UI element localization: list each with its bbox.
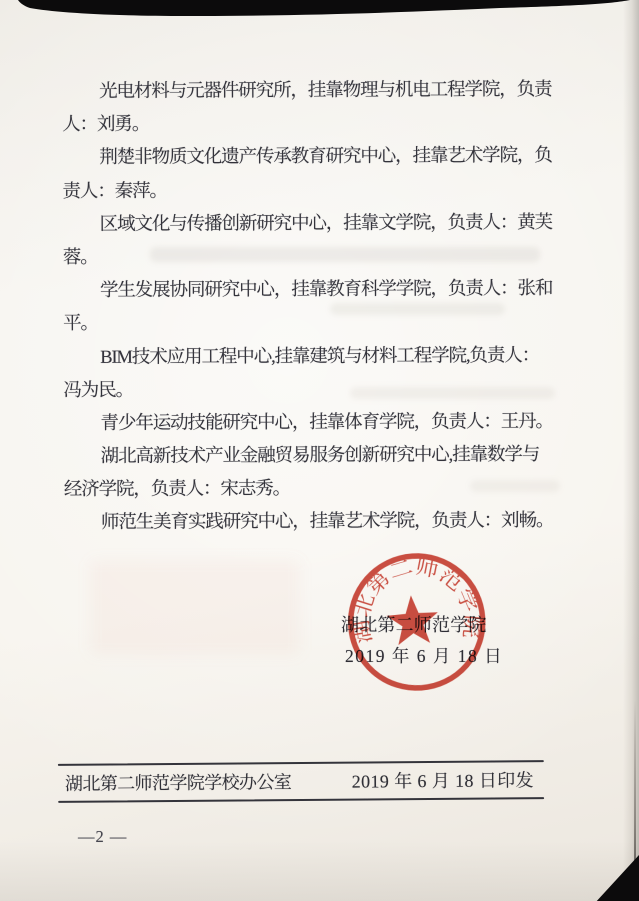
body-line: 荆楚非物质文化遗产传承教育研究中心，挂靠艺术学院，负: [62, 140, 554, 175]
footer-print-date: 2019 年 6 月 18 日印发: [352, 766, 535, 793]
official-seal: 湖北第二师范学院: [335, 544, 499, 708]
body-line: 湖北高新技术产业金融贸易服务创新研究中心,挂靠数学与: [64, 439, 556, 474]
body-line: 蓉。: [63, 240, 555, 275]
document-footer: 湖北第二师范学院学校办公室 2019 年 6 月 18 日印发: [58, 760, 544, 803]
photo-background-top: [0, 0, 639, 22]
page-edge-shadow: [623, 0, 639, 901]
body-line: 冯为民。: [63, 373, 555, 408]
body-line: 人：刘勇。: [62, 107, 554, 142]
body-line: 学生发展协同研究中心，挂靠教育科学学院，负责人：张和: [63, 273, 555, 308]
bottom-shadow: [0, 841, 639, 901]
body-line: 经济学院，负责人：宋志秀。: [64, 472, 556, 507]
footer-office: 湖北第二师范学院学校办公室: [65, 768, 291, 796]
body-line: BIM技术应用工程中心,挂靠建筑与材料工程学院,负责人：: [63, 339, 555, 374]
body-line: 区域文化与传播创新研究中心，挂靠文学院，负责人：黄芙: [63, 207, 555, 242]
body-line: 光电材料与元器件研究所，挂靠物理与机电工程学院，负责: [62, 74, 554, 109]
body-text: 光电材料与元器件研究所，挂靠物理与机电工程学院，负责人：刘勇。荆楚非物质文化遗产…: [62, 74, 556, 541]
seal-star-icon: [385, 594, 440, 646]
body-line: 师范生美育实践研究中心，挂靠艺术学院，负责人：刘畅。: [64, 505, 556, 540]
scan-artifact: [90, 560, 300, 655]
body-line: 责人：秦萍。: [62, 173, 554, 208]
body-line: 平。: [63, 306, 555, 341]
document-page: 光电材料与元器件研究所，挂靠物理与机电工程学院，负责人：刘勇。荆楚非物质文化遗产…: [0, 0, 639, 901]
body-line: 青少年运动技能研究中心，挂靠体育学院，负责人：王丹。: [63, 406, 555, 441]
